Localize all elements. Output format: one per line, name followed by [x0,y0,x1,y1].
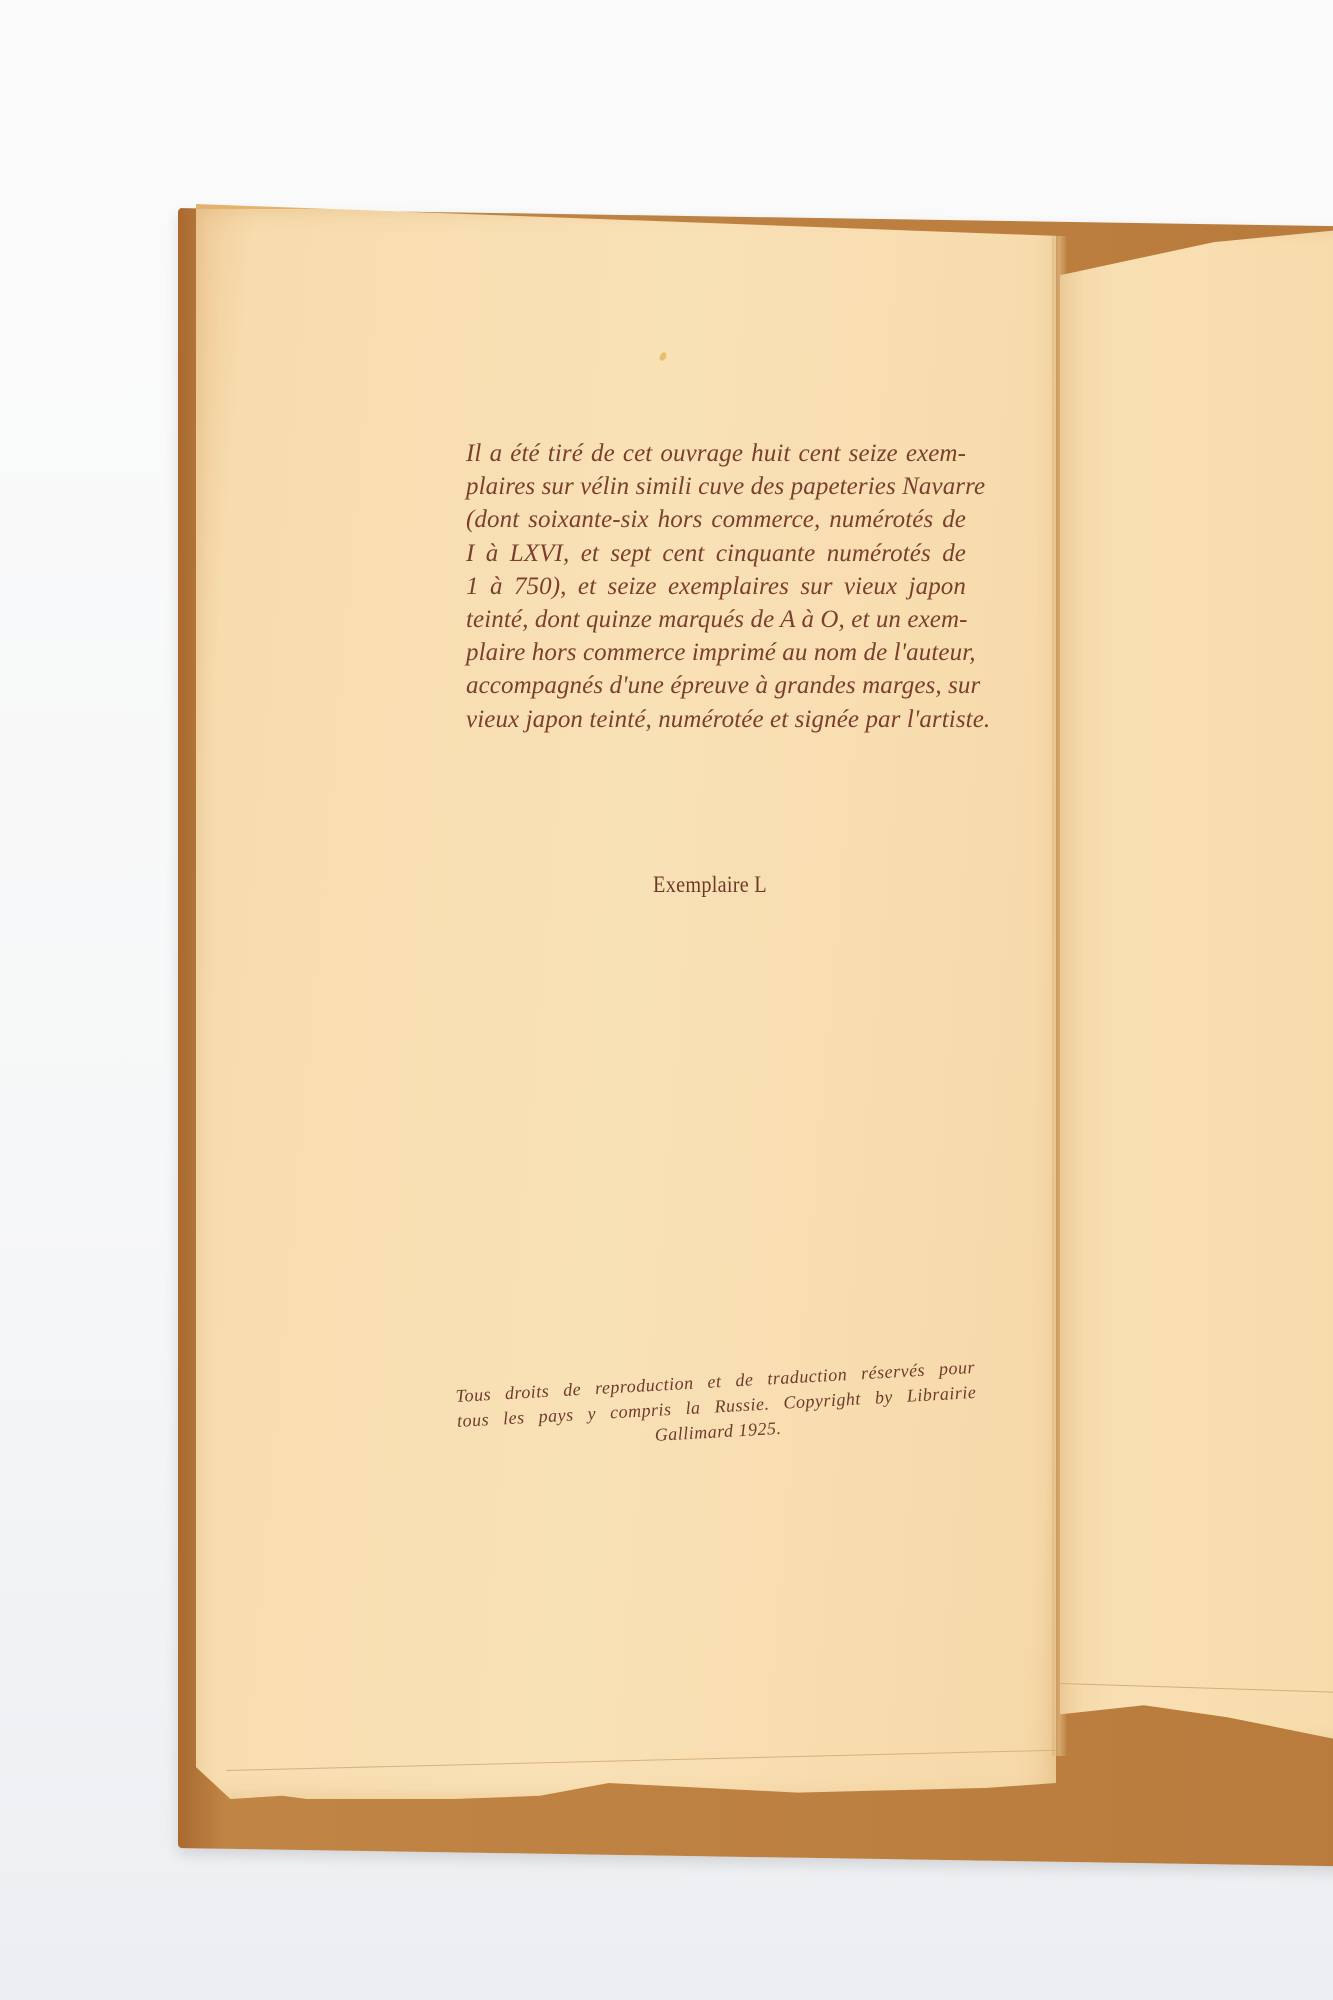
text-line: I à LXVI, et sept cent cinquante numérot… [466,537,966,570]
text-line: plaires sur vélin simili cuve des papete… [466,470,966,503]
page-edge-line [1060,1683,1333,1693]
text-line: Il a été tiré de cet ouvrage huit cent s… [466,437,966,470]
text-line: accompagnés d'une épreuve à grandes marg… [466,669,966,702]
page-edge-line [226,1750,1056,1771]
text-line: teinté, dont quinze marqués de A à O, et… [466,603,966,636]
text-line: vieux japon teinté, numérotée et signée … [466,703,966,736]
text-line: plaire hors commerce imprimé au nom de l… [466,636,966,669]
justification-de-tirage: Il a été tiré de cet ouvrage huit cent s… [466,437,966,736]
photo-scene: Il a été tiré de cet ouvrage huit cent s… [0,0,1333,2000]
text-line: (dont soixante-six hors commerce, numéro… [466,503,966,536]
right-page [1060,230,1333,1740]
copy-number: Exemplaire L [578,872,842,898]
text-line: 1 à 750), et seize exemplaires sur vieux… [466,570,966,603]
